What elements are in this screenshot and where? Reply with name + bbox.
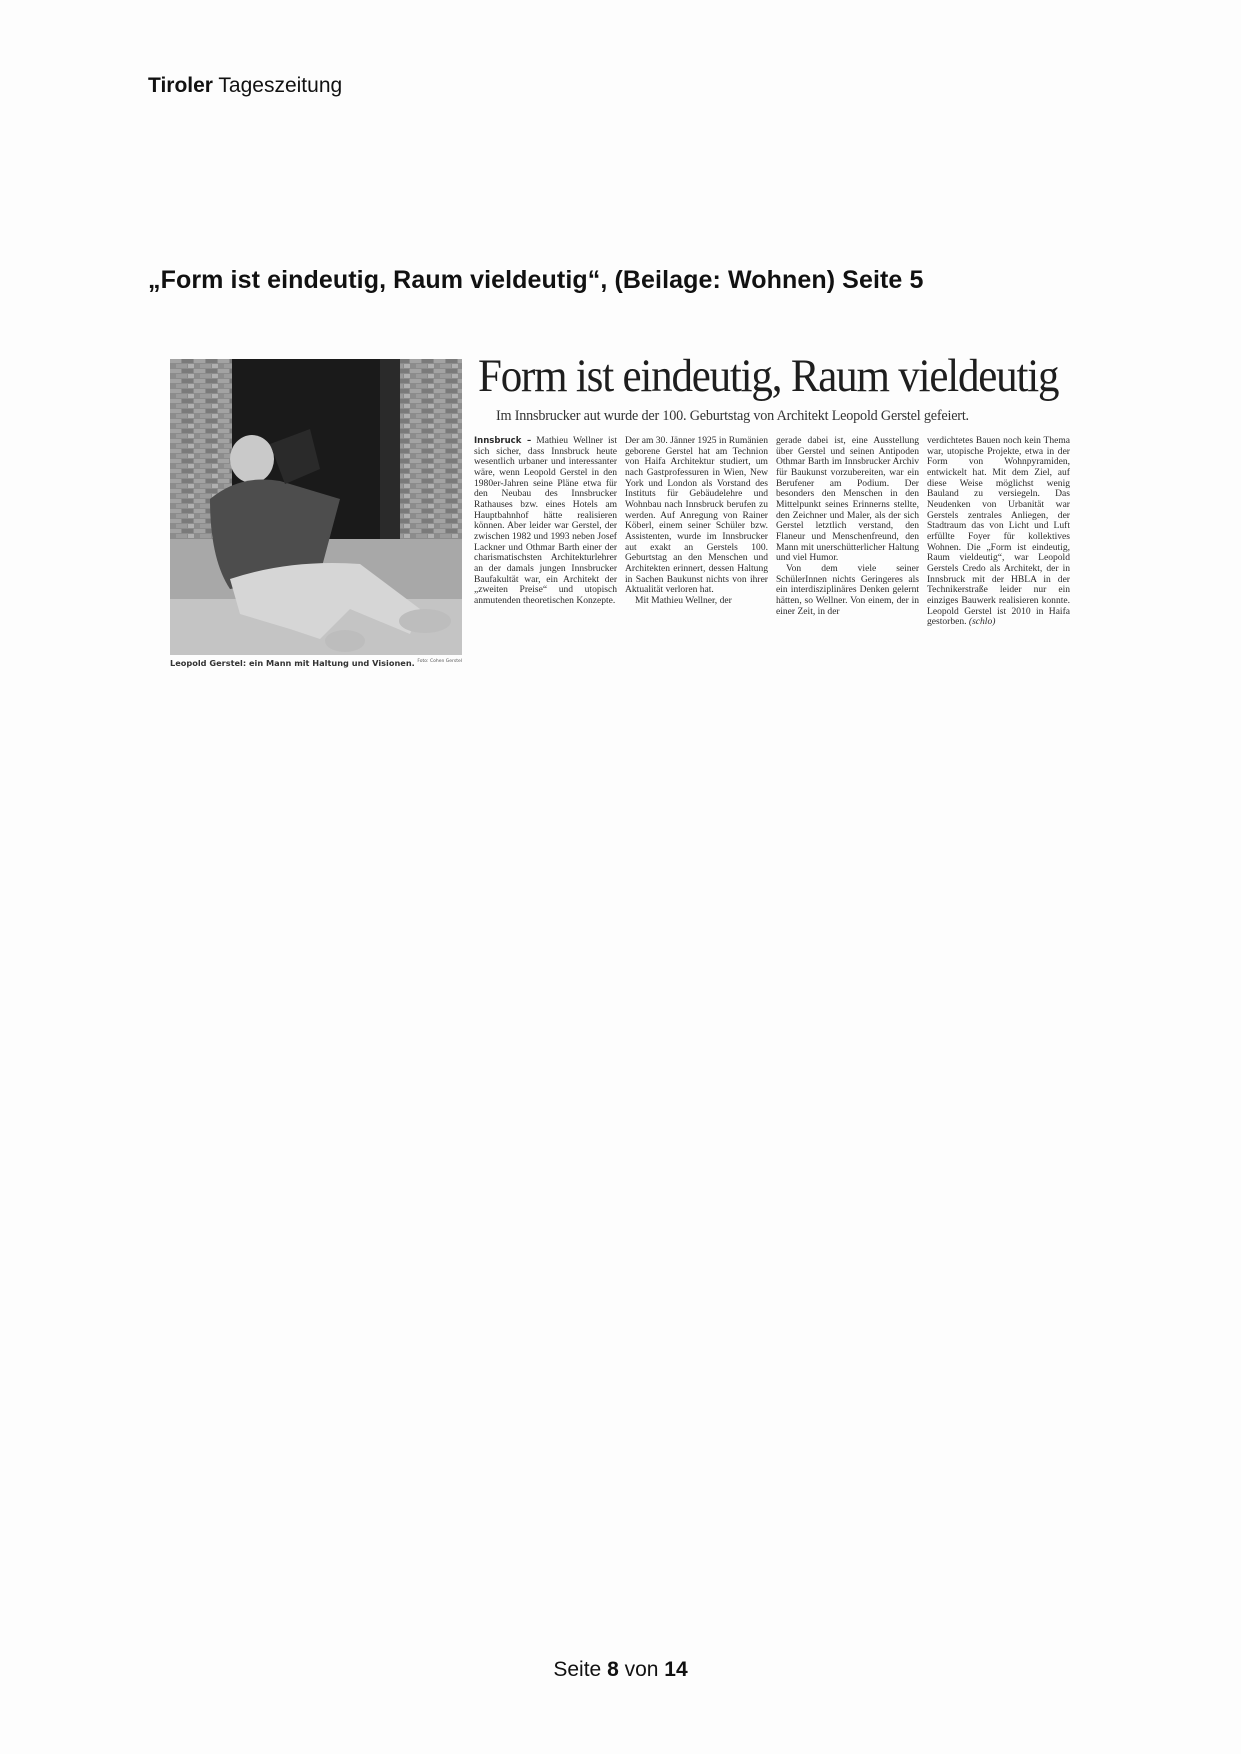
page-middle: von: [619, 1658, 665, 1681]
article-headline: Form ist eindeutig, Raum vieldeutig: [478, 350, 1058, 403]
publication-name: Tiroler Tageszeitung: [148, 74, 342, 98]
publication-name-regular: Tageszeitung: [213, 74, 342, 97]
article-column-1: Innsbruck – Mathieu Wellner ist sich sic…: [474, 436, 617, 628]
article-subheadline: Im Innsbrucker aut wurde der 100. Geburt…: [496, 408, 969, 425]
paragraph: Mit Mathieu Wellner, der: [625, 596, 768, 607]
article-body: Innsbruck – Mathieu Wellner ist sich sic…: [474, 436, 1074, 628]
photo-caption-text: Leopold Gerstel: ein Mann mit Haltung un…: [170, 658, 415, 668]
photo-credit: Foto: Cohen Gerstel: [417, 659, 462, 664]
paragraph: Von dem viele seiner SchülerInnen nichts…: [776, 564, 919, 617]
paragraph-text: verdichtetes Bauen noch kein Thema war, …: [927, 435, 1070, 627]
page-number: Seite 8 von 14: [0, 1658, 1241, 1682]
article-column-4: verdichtetes Bauen noch kein Thema war, …: [927, 436, 1070, 628]
publication-name-bold: Tiroler: [148, 74, 213, 97]
article-photo: [170, 359, 462, 655]
paragraph: gerade dabei ist, eine Ausstellung über …: [776, 436, 919, 564]
author-signature: (schlo): [969, 616, 996, 627]
total-pages: 14: [664, 1658, 687, 1681]
article-column-3: gerade dabei ist, eine Ausstellung über …: [776, 436, 919, 628]
photo-caption: Leopold Gerstel: ein Mann mit Haltung un…: [170, 658, 462, 668]
page-prefix: Seite: [553, 1658, 607, 1681]
paragraph: Der am 30. Jänner 1925 in Rumänien gebor…: [625, 436, 768, 596]
article-column-2: Der am 30. Jänner 1925 in Rumänien gebor…: [625, 436, 768, 628]
paragraph: Innsbruck – Mathieu Wellner ist sich sic…: [474, 436, 617, 607]
dateline: Innsbruck –: [474, 436, 531, 446]
newspaper-clipping: Leopold Gerstel: ein Mann mit Haltung un…: [168, 356, 1073, 672]
current-page: 8: [607, 1658, 619, 1681]
paragraph-text: Mathieu Wellner ist sich sicher, dass In…: [474, 435, 617, 606]
document-title: „Form ist eindeutig, Raum vieldeutig“, (…: [148, 266, 923, 295]
paragraph: verdichtetes Bauen noch kein Thema war, …: [927, 436, 1070, 628]
photo-man-with-camera-icon: [170, 359, 462, 655]
